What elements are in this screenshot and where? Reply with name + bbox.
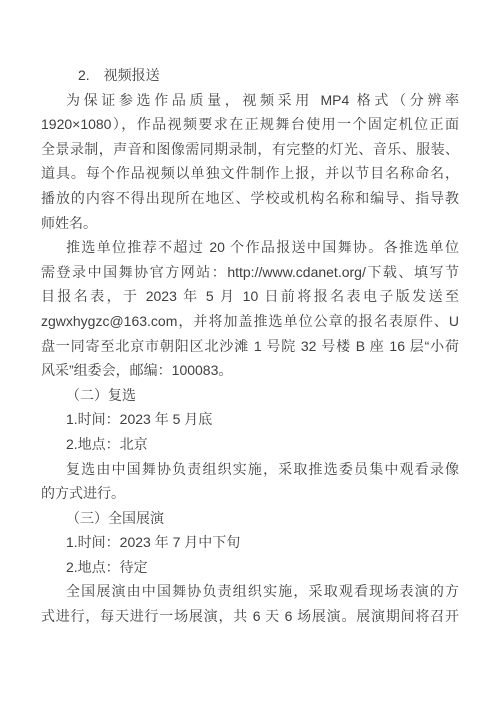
document-line: 1.时间：2023 年 5 月底 (41, 407, 459, 432)
document-line: 为保证参选作品质量，视频采用 MP4 格式（分辨率 (41, 88, 459, 113)
document-line: （三）全国展演 (41, 506, 459, 531)
document-line: 播放的内容不得出现所在地区、学校或机构名称和编导、指导教 (41, 186, 459, 211)
document-line: 风采”组委会，邮编：100083。 (41, 358, 459, 383)
document-line: 全景录制，声音和图像需同期录制，有完整的灯光、音乐、服装、 (41, 137, 459, 162)
document-line: 师姓名。 (41, 211, 459, 236)
document-line: zgwxhygzc@163.com，并将加盖推选单位公章的报名表原件、U (41, 309, 459, 334)
document-line: 2.地点：待定 (41, 555, 459, 580)
document-line: 2.地点：北京 (41, 432, 459, 457)
document-line: 道具。每个作品视频以单独文件制作上报，并以节目名称命名， (41, 161, 459, 186)
document-line: 式进行，每天进行一场展演，共 6 天 6 场展演。展演期间将召开 (41, 604, 459, 629)
document-text-block: 2. 视频报送为保证参选作品质量，视频采用 MP4 格式（分辨率1920×108… (41, 63, 459, 629)
document-line: 复选由中国舞协负责组织实施，采取推选委员集中观看录像 (41, 457, 459, 482)
document-line: （二）复选 (41, 383, 459, 408)
document-line: 目报名表，于 2023 年 5 月 10 日前将报名表电子版发送至 (41, 284, 459, 309)
document-page: 2. 视频报送为保证参选作品质量，视频采用 MP4 格式（分辨率1920×108… (0, 0, 500, 709)
document-line: 全国展演由中国舞协负责组织实施，采取观看现场表演的方 (41, 579, 459, 604)
document-line: 2. 视频报送 (41, 63, 459, 88)
document-line: 的方式进行。 (41, 481, 459, 506)
document-line: 1920×1080），作品视频要求在正规舞台使用一个固定机位正面 (41, 112, 459, 137)
document-line: 需登录中国舞协官方网站：http://www.cdanet.org/下载、填写节 (41, 260, 459, 285)
document-line: 1.时间：2023 年 7 月中下旬 (41, 530, 459, 555)
document-line: 盘一同寄至北京市朝阳区北沙滩 1 号院 32 号楼 B 座 16 层“小荷 (41, 334, 459, 359)
document-line: 推选单位推荐不超过 20 个作品报送中国舞协。各推选单位 (41, 235, 459, 260)
